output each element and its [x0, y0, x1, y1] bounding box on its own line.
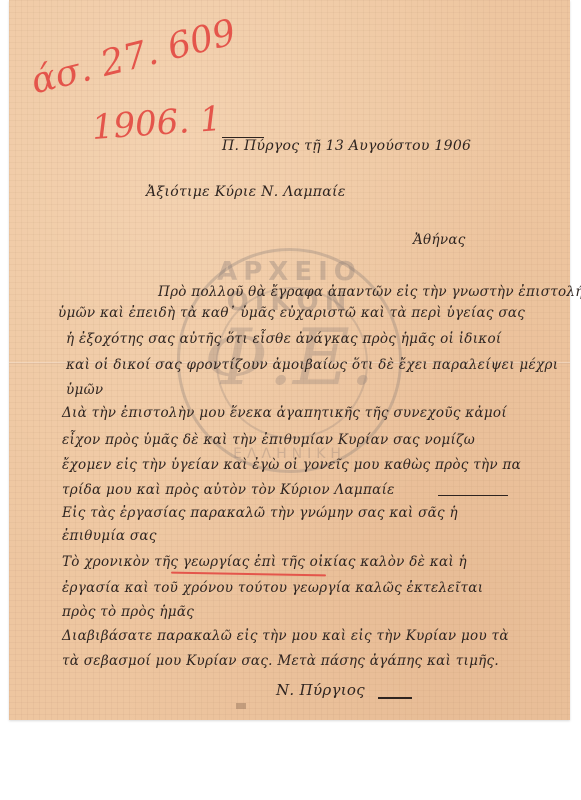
body-line: τὰ σεβασμοί μου Κυρίαν σας. Μετὰ πάσης ἀ…	[62, 653, 499, 669]
signature: Ν. Πύργιος	[276, 681, 365, 699]
body-line: Εἰς τὰς ἐργασίας παρακαλῶ τὴν γνώμην σας…	[62, 505, 458, 521]
body-line: ὑμῶν	[66, 382, 103, 398]
body-line: Διὰ τὴν ἐπιστολὴν μου ἕνεκα ἀγαπητικῆς τ…	[62, 405, 507, 421]
body-line: ἡ ἐξοχότης σας αὐτῆς ὅτι εἶσθε ἀνάγκας π…	[66, 331, 501, 347]
body-line: Τὸ χρονικὸν τῆς γεωργίας ἐπὶ τῆς οἰκίας …	[62, 554, 467, 570]
body-line: τρίδα μου καὶ πρὸς αὐτὸν τὸν Κύριον Λαμπ…	[62, 482, 395, 498]
signature-underline	[378, 697, 412, 699]
body-line: ἐργασία καὶ τοῦ χρόνου τούτου γεωργία κα…	[62, 580, 483, 596]
body-line: πρὸς τὸ πρὸς ἡμᾶς	[62, 604, 194, 620]
body-line: ἔχομεν εἰς τὴν ὑγείαν καὶ ἐγὼ οἱ γονεῖς …	[62, 457, 521, 473]
body-line: ὑμῶν καὶ ἐπειδὴ τὰ καθ᾽ ὑμᾶς εὐχαριστῶ κ…	[58, 305, 525, 321]
city: Ἀθήνας	[413, 232, 466, 248]
body-line: καὶ οἱ δικοί σας φροντίζουν ἀμοιβαίως ὅτ…	[66, 357, 558, 373]
line-end-dash	[438, 495, 508, 496]
body-line: Διαβιβάσατε παρακαλῶ εἰς τὴν μου καὶ εἰς…	[62, 628, 509, 644]
salutation: Ἀξιότιμε Κύριε Ν. Λαμπαίε	[146, 184, 346, 200]
body-line: ἐπιθυμία σας	[62, 528, 157, 544]
body-line: εἶχον πρὸς ὑμᾶς δὲ καὶ τὴν ἐπιθυμίαν Κυρ…	[62, 432, 475, 448]
place-date: Π. Πύργος τῇ 13 Αυγούστου 1906	[222, 138, 471, 154]
body-line: Πρὸ πολλοῦ θὰ ἔγραφα ἀπαντῶν εἰς τὴν γνω…	[158, 284, 581, 300]
paper-mark	[236, 703, 246, 709]
